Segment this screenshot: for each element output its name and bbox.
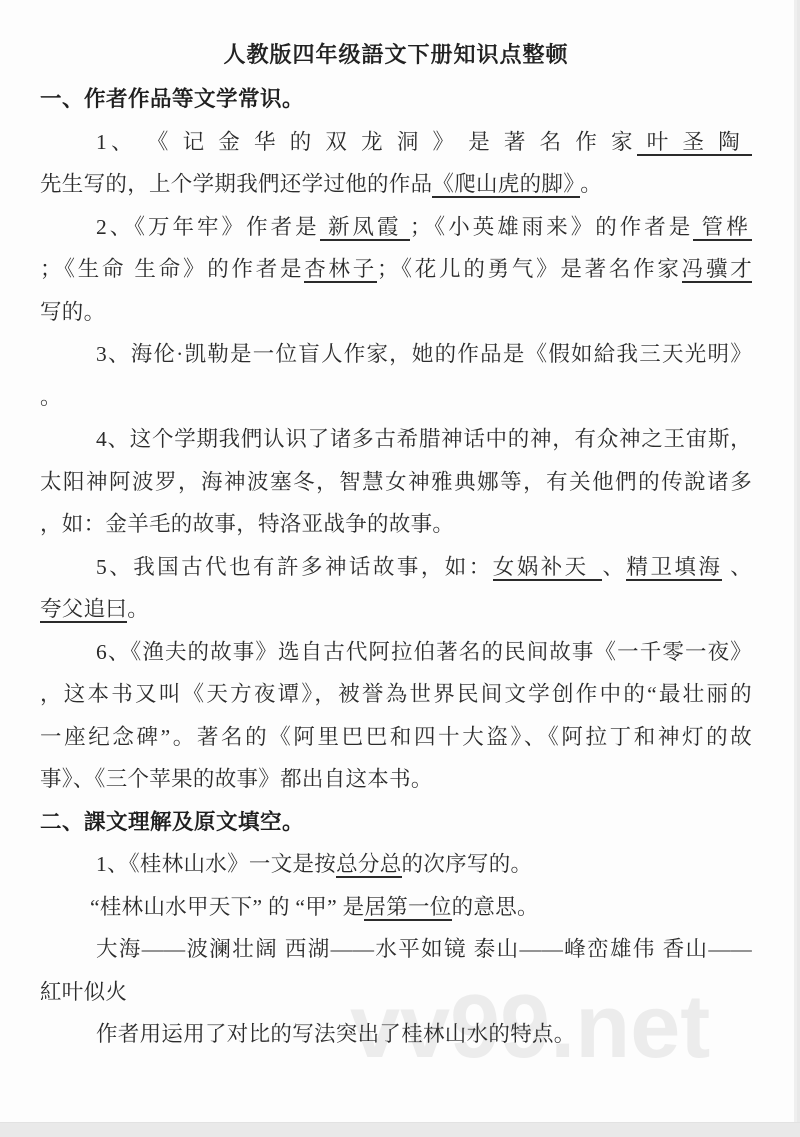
underlined-answer: 精卫填海	[626, 555, 722, 581]
section-heading: 二、課文理解及原文填空。	[40, 801, 752, 844]
text-segment: 。	[40, 385, 62, 409]
text-segment: 的意思。	[452, 895, 539, 919]
document-title: 人教版四年级語文下册知识点整顿	[40, 40, 752, 70]
text-segment: “桂林山水甲天下” 的 “甲” 是	[90, 895, 364, 919]
text-line: 5、我国古代也有許多神话故事，如：女娲补天 、精卫填海 、	[40, 546, 752, 589]
text-segment: 1、《桂林山水》一文是按	[96, 852, 336, 876]
underlined-answer: 夸父追曰	[40, 597, 127, 623]
text-segment: 一、作者作品等文学常识。	[40, 87, 304, 111]
text-segment: 6、《渔夫的故事》选自古代阿拉伯著名的民间故事《一千零一夜》	[96, 640, 752, 664]
text-segment: 。	[580, 172, 602, 196]
underlined-answer: 居第一位	[364, 895, 451, 921]
underlined-answer: 杏林子	[304, 257, 377, 283]
text-line: 2、《万年牢》作者是 新凤霞 ；《小英雄雨来》的作者是 管桦	[40, 206, 752, 249]
text-segment: 3、海伦·凯勒是一位盲人作家，她的作品是《假如給我三天光明》	[96, 342, 752, 366]
page-gap	[0, 1122, 800, 1137]
text-segment: 一座纪念碑”。著名的《阿里巴巴和四十大盗》、《阿拉丁和神灯的故	[40, 725, 752, 749]
document-body: 一、作者作品等文学常识。1、 《 记 金 华 的 双 龙 洞 》 是 著 名 作…	[40, 78, 752, 1056]
underlined-answer: 女娲补天	[493, 555, 603, 581]
text-segment: ；《生命 生命》的作者是	[40, 257, 304, 281]
text-segment: 、	[602, 555, 626, 579]
text-line: ，如：金羊毛的故事，特洛亚战争的故事。	[40, 503, 752, 546]
text-line: 1、 《 记 金 华 的 双 龙 洞 》 是 著 名 作 家 叶 圣 陶	[40, 121, 752, 164]
text-segment: ，这本书又叫《天方夜谭》，被誉為世界民间文学创作中的“最壮丽的	[40, 682, 752, 706]
text-segment: 。	[127, 597, 149, 621]
text-line: 6、《渔夫的故事》选自古代阿拉伯著名的民间故事《一千零一夜》	[40, 631, 752, 674]
underlined-answer: 新凤霞	[320, 215, 410, 241]
text-line: 大海——波澜壮阔 西湖——水平如镜 泰山——峰峦雄伟 香山——	[40, 928, 752, 971]
text-line: “桂林山水甲天下” 的 “甲” 是居第一位的意思。	[40, 886, 752, 929]
text-segment: ，如：金羊毛的故事，特洛亚战争的故事。	[40, 512, 454, 536]
text-segment: 太阳神阿波罗，海神波塞冬，智慧女神雅典娜等，有关他們的传說诸多	[40, 470, 752, 494]
text-line: 事》、《三个苹果的故事》都出自这本书。	[40, 758, 752, 801]
text-line: 先生写的，上个学期我們还学过他的作品《爬山虎的脚》。	[40, 163, 752, 206]
text-line: 一座纪念碑”。著名的《阿里巴巴和四十大盗》、《阿拉丁和神灯的故	[40, 716, 752, 759]
underlined-answer: 冯骥才	[682, 257, 752, 283]
text-segment: 事》、《三个苹果的故事》都出自这本书。	[40, 767, 433, 791]
text-segment: 、	[722, 555, 752, 579]
underlined-answer: 叶 圣 陶	[637, 130, 752, 156]
text-segment: 5、我国古代也有許多神话故事，如：	[96, 555, 493, 579]
text-line: 。	[40, 376, 752, 419]
underlined-answer: 《爬山虎的脚》	[432, 172, 580, 198]
text-segment: 大海——波澜壮阔 西湖——水平如镜 泰山——峰峦雄伟 香山——	[96, 937, 752, 961]
document-content: 人教版四年级語文下册知识点整顿 一、作者作品等文学常识。1、 《 记 金 华 的…	[0, 40, 797, 1056]
text-line: 作者用运用了对比的写法突出了桂林山水的特点。	[40, 1013, 752, 1056]
text-segment: 1、 《 记 金 华 的 双 龙 洞 》 是 著 名 作 家	[96, 130, 637, 154]
text-line: ，这本书又叫《天方夜谭》，被誉為世界民间文学创作中的“最壮丽的	[40, 673, 752, 716]
text-segment: 二、課文理解及原文填空。	[40, 810, 304, 834]
text-line: 4、这个学期我們认识了诸多古希腊神话中的神，有众神之王宙斯，	[40, 418, 752, 461]
underlined-answer: 管桦	[693, 215, 752, 241]
text-line: 1、《桂林山水》一文是按总分总的次序写的。	[40, 843, 752, 886]
text-segment: ；《花儿的勇气》是著名作家	[377, 257, 682, 281]
text-segment: 的次序写的。	[402, 852, 533, 876]
text-segment: 写的。	[40, 300, 105, 324]
underlined-answer: 总分总	[336, 852, 401, 878]
text-segment: ；《小英雄雨来》的作者是	[410, 215, 693, 239]
section-heading: 一、作者作品等文学常识。	[40, 78, 752, 121]
text-line: 3、海伦·凯勒是一位盲人作家，她的作品是《假如給我三天光明》	[40, 333, 752, 376]
text-line: 写的。	[40, 291, 752, 334]
text-segment: 作者用运用了对比的写法突出了桂林山水的特点。	[96, 1022, 576, 1046]
text-segment: 先生写的，上个学期我們还学过他的作品	[40, 172, 432, 196]
text-segment: 2、《万年牢》作者是	[96, 215, 320, 239]
text-segment: 紅叶似火	[40, 980, 127, 1004]
text-line: ；《生命 生命》的作者是杏林子；《花儿的勇气》是著名作家冯骥才	[40, 248, 752, 291]
text-line: 夸父追曰。	[40, 588, 752, 631]
text-segment: 4、这个学期我們认识了诸多古希腊神话中的神，有众神之王宙斯，	[96, 427, 752, 451]
document-page: vv99.net 人教版四年级語文下册知识点整顿 一、作者作品等文学常识。1、 …	[0, 0, 797, 1122]
text-line: 紅叶似火	[40, 971, 752, 1014]
text-line: 太阳神阿波罗，海神波塞冬，智慧女神雅典娜等，有关他們的传說诸多	[40, 461, 752, 504]
